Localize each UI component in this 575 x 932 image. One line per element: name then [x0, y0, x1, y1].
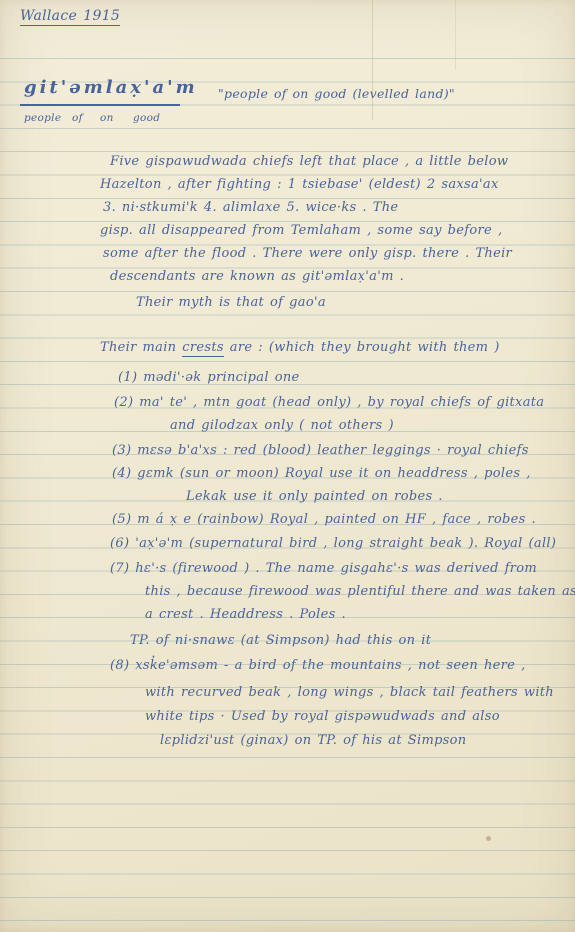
handwritten-line: some after the flood . There were only g…	[103, 244, 512, 264]
handwritten-line: Five gispawudwada chiefs left that place…	[110, 152, 508, 172]
crest-item-line: (1) mədi'·ək principal one	[118, 368, 300, 388]
gloss-word: good	[133, 108, 160, 128]
crest-item-line: TP. of ni·snawɛ (at Simpson) had this on…	[130, 631, 431, 651]
crest-item-line: this , because firewood was plentiful th…	[145, 582, 575, 602]
crests-intro-pre: Their main	[100, 340, 182, 355]
gloss-word: people	[24, 108, 61, 128]
page-title: git'əmlax̣'a'm	[24, 78, 198, 98]
crests-intro-word: crests	[182, 340, 224, 357]
crests-intro-line: Their main crests are : (which they brou…	[100, 338, 500, 358]
crest-item-line: (2) ma' te' , mtn goat (head only) , by …	[114, 393, 544, 413]
gloss-word: on	[100, 108, 114, 128]
crest-item-line: a crest . Headdress . Poles .	[145, 605, 346, 625]
handwritten-line: Their myth is that of gao'a	[136, 293, 326, 313]
crest-item-line: white tips · Used by royal gispəwudwads …	[145, 707, 500, 727]
crest-item-line: (4) gɛmk (sun or moon) Royal use it on h…	[112, 464, 531, 484]
notebook-page: Wallace 1915 git'əmlax̣'a'm people of on…	[0, 0, 575, 932]
handwritten-line: descendants are known as git'əmlax̣'a'm …	[110, 267, 404, 287]
handwritten-line: gisp. all disappeared from Temlaham , so…	[100, 221, 502, 241]
crest-item-line: (6) 'ax̣'ə'm (supernatural bird , long s…	[110, 534, 556, 554]
author-year-line: Wallace 1915	[20, 6, 120, 27]
handwritten-line: 3. ni·stkumi'k 4. alimlaxe 5. wice·ks . …	[103, 198, 398, 218]
crest-item-line: (5) m á x̣ e (rainbow) Royal , painted o…	[112, 510, 536, 530]
crest-item-line: with recurved beak , long wings , black …	[145, 683, 554, 703]
stain-dot	[486, 836, 491, 841]
title-translation: "people of on good (levelled land)"	[218, 84, 455, 104]
paper-crease	[455, 0, 456, 70]
title-underline	[20, 104, 180, 106]
crest-item-line: (3) mɛsə b'a'xs : red (blood) leather le…	[112, 441, 529, 461]
crest-item-line: (8) xsk̓e'əmsəm - a bird of the mountain…	[110, 656, 526, 676]
handwritten-line: Hazelton , after fighting : 1 tsiebase' …	[100, 175, 499, 195]
crest-item-line: Lekak use it only painted on robes .	[186, 487, 443, 507]
crest-item-line: and gilodzax only ( not others )	[170, 416, 394, 436]
crest-item-line: lɛplidzi'ust (ginax) on TP. of his at Si…	[160, 731, 466, 751]
author-year-text: Wallace 1915	[20, 8, 120, 26]
crests-intro-post: are : (which they brought with them )	[224, 340, 500, 355]
gloss-word: of	[72, 108, 83, 128]
crest-item-line: (7) hɛ'·s (firewood ) . The name gisgahɛ…	[110, 559, 537, 579]
